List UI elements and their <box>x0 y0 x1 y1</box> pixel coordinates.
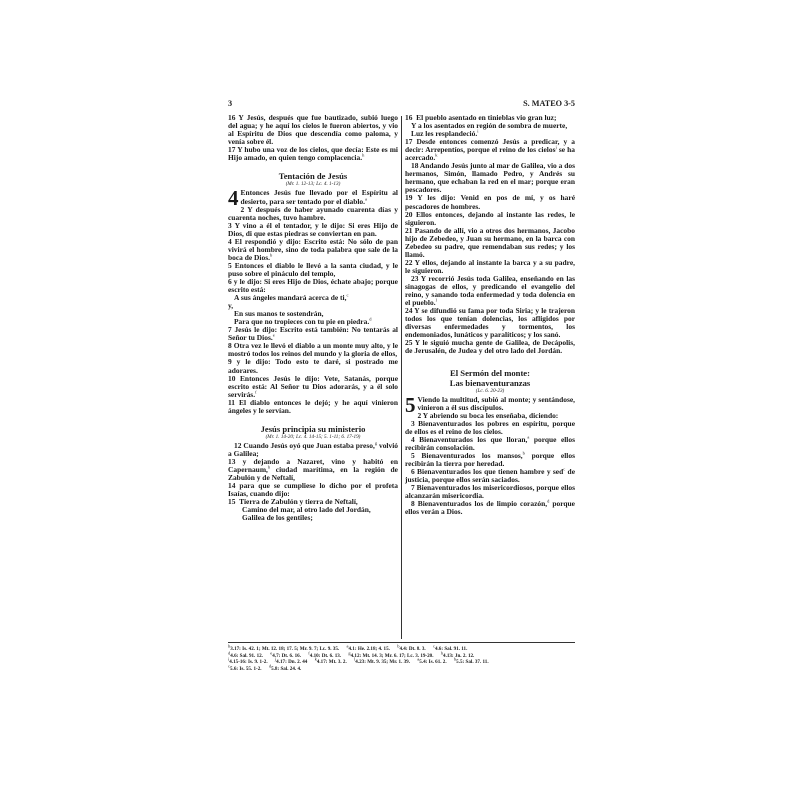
verse-3-16: 16 Y Jesús, después que fue bautizado, s… <box>228 114 398 146</box>
verse-4-8: 8 Otra vez le llevó el diablo a un monte… <box>228 342 398 358</box>
page-number: 3 <box>228 99 232 108</box>
text-columns: 16 Y Jesús, después que fue bautizado, s… <box>228 114 575 640</box>
section-parallel-ref: (Mr. 1. 14-20; Lc. 4. 14-15; 5. 1-11; 6.… <box>228 434 398 441</box>
verse-5-7: 7 Bienaventurados los misericordiosos, p… <box>405 484 575 500</box>
chapter-number: 5 <box>405 397 416 413</box>
verse-5-3: 3 Bienaventurados los pobres en espíritu… <box>405 420 575 436</box>
footnotes: h3.17: Is. 42. 1; Mt. 12. 18; 17. 5; Mr.… <box>228 646 575 672</box>
right-column: 16 El pueblo asentado en tinieblas vio g… <box>405 114 575 517</box>
verse-5-5: 5 Bienaventurados los mansos,b porque el… <box>405 452 575 468</box>
verse-5-4: 4 Bienaventurados los que lloran,a porqu… <box>405 436 575 452</box>
verse-4-18: 18 Andando Jesús junto al mar de Galilea… <box>405 162 575 194</box>
verse-4-22: 22 Y ellos, dejando al instante la barca… <box>405 259 575 275</box>
verse-4-9: 9 y le dijo: Todo esto te daré, si postr… <box>228 358 398 374</box>
verse-4-24: 24 Y se difundió su fama por toda Siria;… <box>405 307 575 339</box>
section-title: Jesús principia su ministerio <box>228 425 398 434</box>
poetry-line: Galilea de los gentiles; <box>228 514 398 522</box>
verse-4-20: 20 Ellos entonces, dejando al instante l… <box>405 211 575 227</box>
running-title: S. MATEO 3-5 <box>523 99 575 108</box>
verse-4-25: 25 Y le siguió mucha gente de Galilea, d… <box>405 339 575 355</box>
verse-4-4: 4 El respondió y dijo: Escrito está: No … <box>228 238 398 262</box>
verse-4-23: 23 Y recorrió Jesús toda Galilea, enseña… <box>405 275 575 307</box>
footnote-line: c5.6: Is. 55. 1-2. d5.8: Sal. 24. 4. <box>228 666 575 673</box>
verse-4-10: 10 Entonces Jesús le dijo: Vete, Satanás… <box>228 375 398 399</box>
column-divider <box>401 116 402 639</box>
verse-4-7: 7 Jesús le dijo: Escrito está también: N… <box>228 326 398 342</box>
verse-4-5: 5 Entonces el diablo le llevó a la santa… <box>228 262 398 278</box>
section-title: El Sermón del monte: Las bienaventuranza… <box>405 369 575 387</box>
verse-4-14: 14 para que se cumpliese lo dicho por el… <box>228 482 398 498</box>
verse-4-11: 11 El diablo entonces le dejó; y he aquí… <box>228 399 398 415</box>
verse-4-6: 6 y le dijo: Si eres Hijo de Dios, échat… <box>228 278 398 294</box>
verse-4-13: 13 y dejando a Nazaret, vino y habitó en… <box>228 458 398 482</box>
verse-4-19: 19 Y les dijo: Venid en pos de mí, y os … <box>405 194 575 210</box>
section-parallel-ref: (Lc. 6. 20-23) <box>405 388 575 395</box>
footnote-marker: h <box>362 153 364 158</box>
verse-4-21: 21 Pasando de allí, vio a otros dos herm… <box>405 227 575 259</box>
verse-4-3: 3 Y vino a él el tentador, y le dijo: Si… <box>228 222 398 238</box>
verse-5-6: 6 Bienaventurados los que tienen hambre … <box>405 468 575 484</box>
verse-4-1: 4Entonces Jesús fue llevado por el Espír… <box>228 189 398 205</box>
verse-5-1: 5Viendo la multitud, subió al monte; y s… <box>405 396 575 412</box>
verse-4-2: 2 Y después de haber ayunado cuarenta dí… <box>228 206 398 222</box>
chapter-number: 4 <box>228 190 239 206</box>
verse-5-8: 8 Bienaventurados los de limpio corazón,… <box>405 500 575 516</box>
verse-4-12: 12 Cuando Jesús oyó que Juan estaba pres… <box>228 442 398 458</box>
verse-3-17: 17 Y hubo una voz de los cielos, que dec… <box>228 146 398 162</box>
bible-page: 3 S. MATEO 3-5 16 Y Jesús, después que f… <box>228 99 575 113</box>
verse-4-17: 17 Desde entonces comenzó Jesús a predic… <box>405 138 575 162</box>
footnote-divider <box>228 642 575 643</box>
poetry-line: A sus ángeles mandará acerca de ti,c <box>228 294 398 302</box>
page-header: 3 S. MATEO 3-5 <box>228 99 575 113</box>
left-column: 16 Y Jesús, después que fue bautizado, s… <box>228 114 398 522</box>
